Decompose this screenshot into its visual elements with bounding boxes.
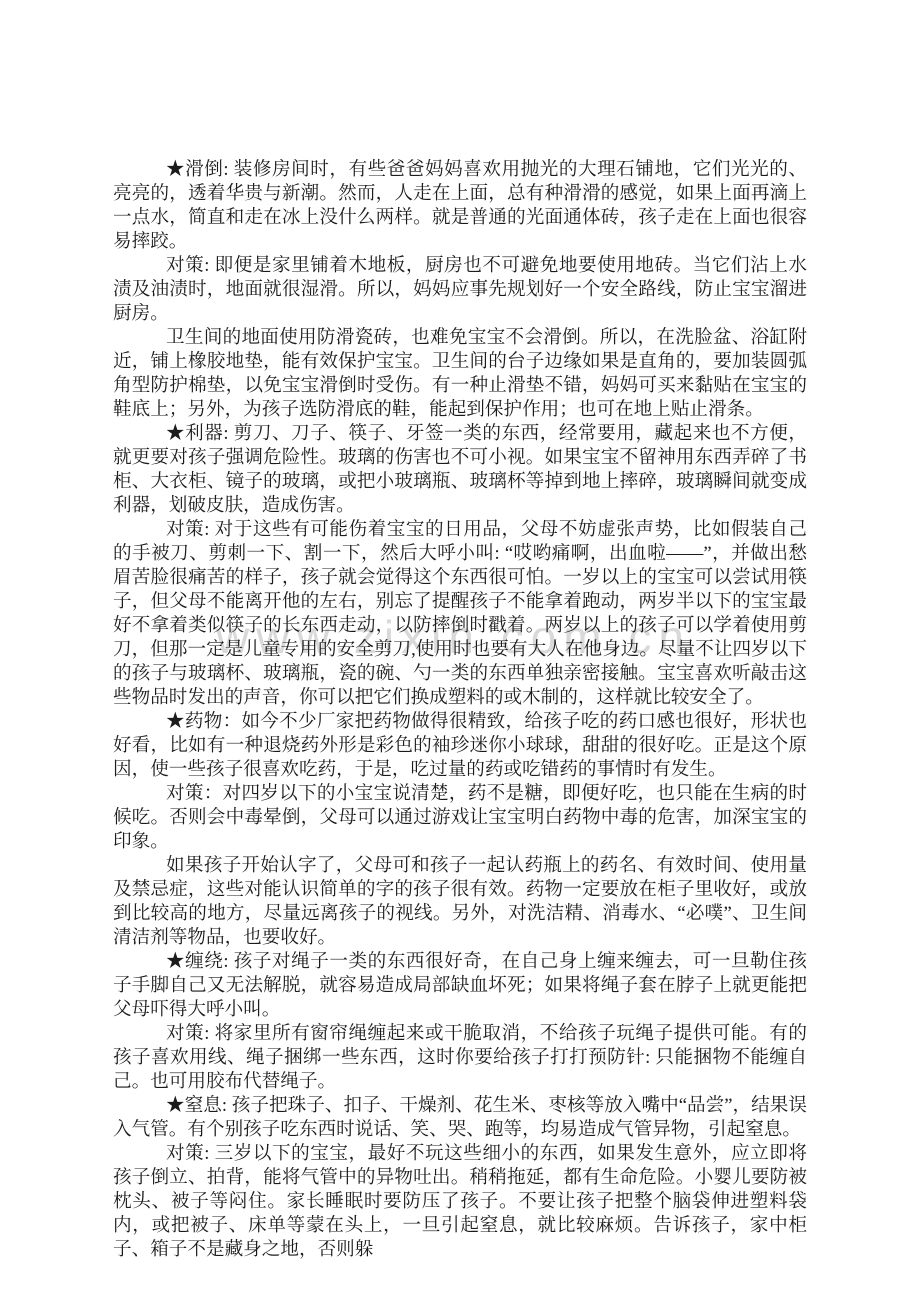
- document-page: www.zixin.com.cn ★滑倒: 装修房间时，有些爸爸妈妈喜欢用抛光的…: [0, 0, 920, 1302]
- para-slip-countermeasure: 对策: 即便是家里铺着木地板，厨房也不可避免地要使用地砖。当它们沾上水渍及油渍时…: [113, 254, 807, 326]
- para-medicine-hazard: ★药物：如今不少厂家把药物做得很精致，给孩子吃的药口感也很好，形状也好看，比如有…: [113, 710, 807, 782]
- para-slip-hazard: ★滑倒: 装修房间时，有些爸爸妈妈喜欢用抛光的大理石铺地，它们光光的、亮亮的，透…: [113, 158, 807, 254]
- para-choke-countermeasure: 对策: 三岁以下的宝宝，最好不玩这些细小的东西，如果发生意外，应立即将孩子倒立、…: [113, 1142, 807, 1262]
- para-sharp-hazard: ★利器: 剪刀、刀子、筷子、牙签一类的东西，经常要用，藏起来也不方便，就更要对孩…: [113, 422, 807, 518]
- para-sharp-countermeasure: 对策: 对于这些有可能伤着宝宝的日用品，父母不妨虚张声势，比如假装自己的手被刀、…: [113, 518, 807, 710]
- para-slip-countermeasure-2: 卫生间的地面使用防滑瓷砖，也难免宝宝不会滑倒。所以，在洗脸盆、浴缸附近，铺上橡胶…: [113, 326, 807, 422]
- para-medicine-countermeasure: 对策：对四岁以下的小宝宝说清楚，药不是糖，即便好吃，也只能在生病的时候吃。否则会…: [113, 782, 807, 854]
- para-entangle-countermeasure: 对策: 将家里所有窗帘绳缠起来或干脆取消，不给孩子玩绳子提供可能。有的孩子喜欢用…: [113, 1022, 807, 1094]
- para-medicine-countermeasure-2: 如果孩子开始认字了，父母可和孩子一起认药瓶上的药名、有效时间、使用量及禁忌症，这…: [113, 854, 807, 950]
- para-choke-hazard: ★窒息: 孩子把珠子、扣子、干燥剂、花生米、枣核等放入嘴中“品尝”，结果误入气管…: [113, 1094, 807, 1142]
- para-entangle-hazard: ★缠绕: 孩子对绳子一类的东西很好奇，在自己身上缠来缠去，可一旦勒住孩子手脚自己…: [113, 950, 807, 1022]
- document-body: ★滑倒: 装修房间时，有些爸爸妈妈喜欢用抛光的大理石铺地，它们光光的、亮亮的，透…: [113, 158, 807, 1262]
